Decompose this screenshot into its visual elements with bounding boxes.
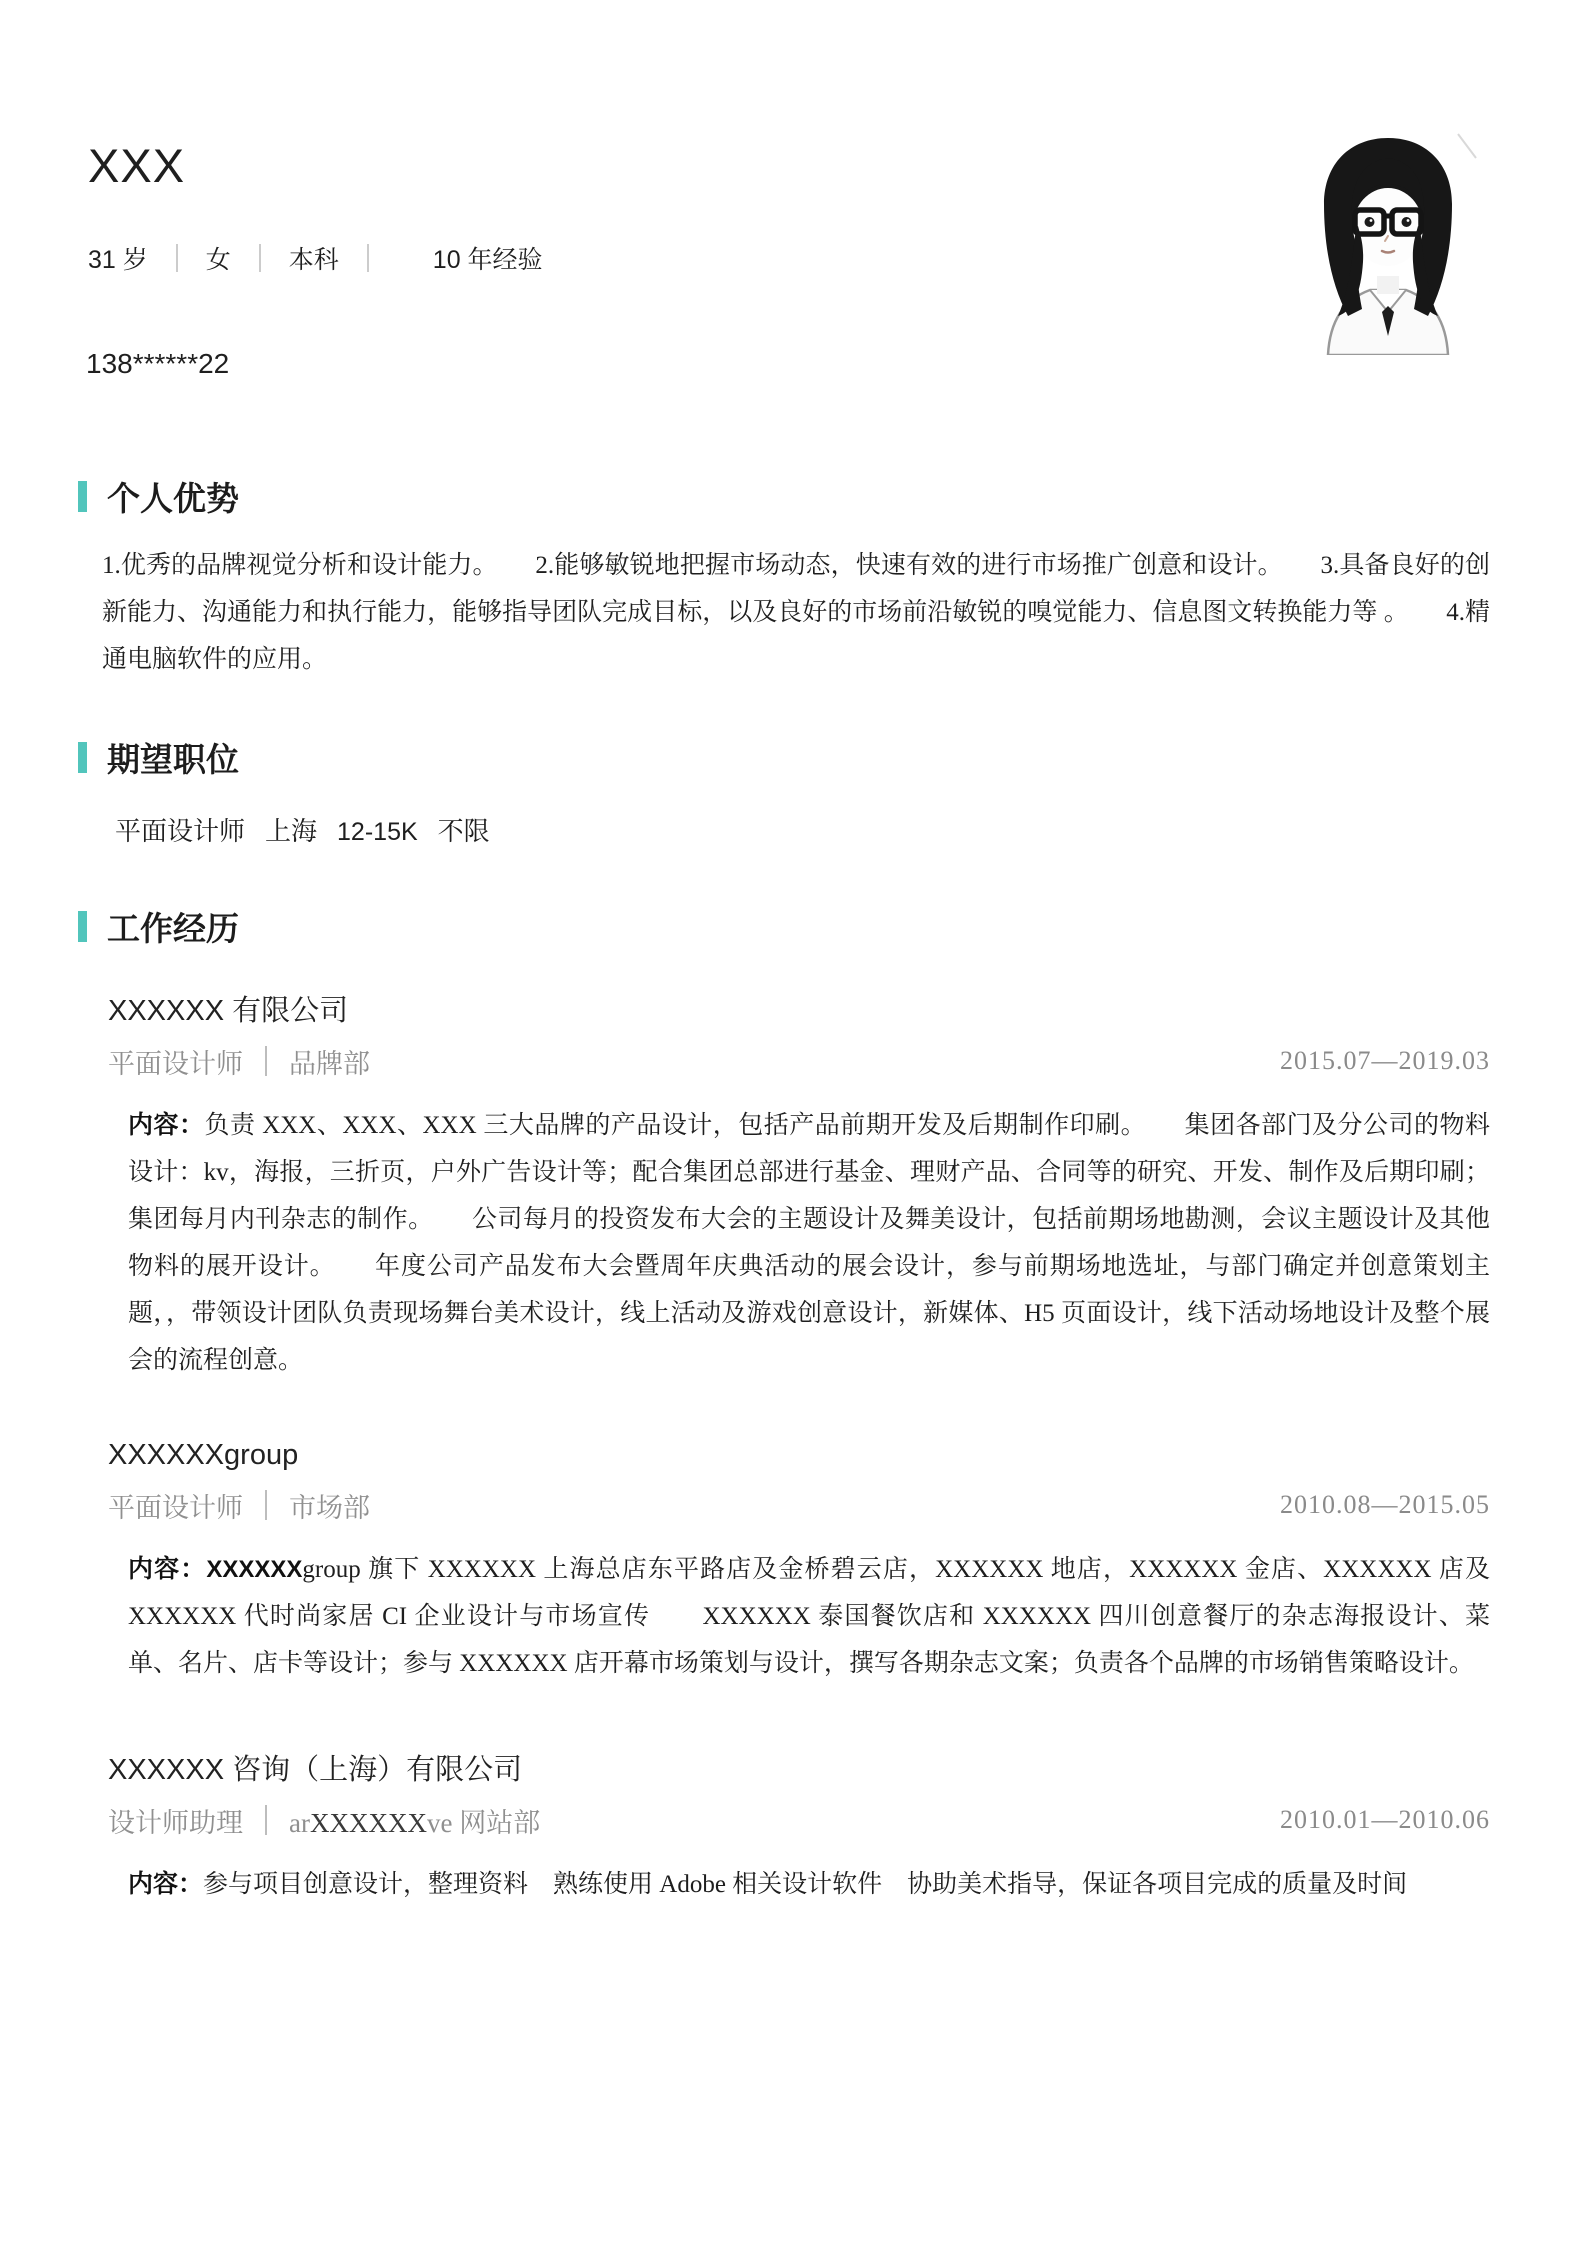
- content-text: group 旗下 XXXXXX 上海总店东平路店及金桥碧云店，XXXXXX 地店…: [128, 1556, 1490, 1677]
- accent-bar: [78, 911, 87, 942]
- job-description: 内容：参与项目创意设计，整理资料 熟练使用 Adobe 相关设计软件 协助美术指…: [128, 1861, 1490, 1908]
- job-department: arXXXXXXve 网站部: [289, 1801, 540, 1840]
- expected-salary: 12-15K: [337, 818, 418, 847]
- content-text: 参与项目创意设计，整理资料 熟练使用 Adobe 相关设计软件 协助美术指导，保…: [203, 1871, 1407, 1898]
- job-description: 内容：负责 XXX、XXX、XXX 三大品牌的产品设计，包括产品前期开发及后期制…: [128, 1102, 1490, 1384]
- job-department: 市场部: [289, 1486, 370, 1525]
- job-role: 平面设计师: [108, 1042, 243, 1081]
- candidate-age: 31 岁: [88, 240, 148, 276]
- company-name: XXXXXXgroup: [108, 1436, 1490, 1474]
- candidate-gender: 女: [206, 240, 231, 276]
- content-label: 内容：: [128, 1556, 206, 1583]
- divider: [176, 244, 178, 272]
- section-personal-strengths: 个人优势 1.优秀的品牌视觉分析和设计能力。 2.能够敏锐地把握市场动态，快速有…: [78, 476, 1490, 683]
- job-role-dept: 平面设计师 市场部: [108, 1486, 370, 1525]
- job-period: 2010.01—2010.06: [1280, 1805, 1490, 1835]
- section-header: 期望职位: [78, 737, 1490, 777]
- accent-bar: [78, 481, 87, 512]
- job-period: 2010.08—2015.05: [1280, 1490, 1490, 1520]
- job-role: 设计师助理: [108, 1801, 243, 1840]
- candidate-experience-years: 10 年经验: [433, 240, 543, 276]
- job-meta-row: 设计师助理 arXXXXXXve 网站部 2010.01—2010.06: [108, 1803, 1490, 1837]
- job-role: 平面设计师: [108, 1486, 243, 1525]
- candidate-name: XXX: [88, 138, 185, 193]
- section-header: 个人优势: [78, 476, 1490, 516]
- job-role-dept: 设计师助理 arXXXXXXve 网站部: [108, 1801, 540, 1840]
- section-title: 工作经历: [107, 903, 239, 950]
- content-label: 内容：: [128, 1871, 203, 1898]
- company-name: XXXXXX 有限公司: [108, 992, 1490, 1030]
- section-header: 工作经历: [78, 906, 1490, 946]
- divider: [265, 1046, 267, 1076]
- job-entry: XXXXXX 有限公司 平面设计师 品牌部 2015.07—2019.03 内容…: [108, 992, 1490, 1384]
- section-work-experience: 工作经历 XXXXXX 有限公司 平面设计师 品牌部 2015.07—2019.…: [78, 906, 1490, 1908]
- accent-bar: [78, 742, 87, 773]
- divider: [265, 1490, 267, 1520]
- candidate-info-row: 31 岁 女 本科 10 年经验: [88, 240, 543, 276]
- job-meta-row: 平面设计师 品牌部 2015.07—2019.03: [108, 1044, 1490, 1078]
- dept-pre: ar: [289, 1808, 310, 1838]
- strengths-text: 1.优秀的品牌视觉分析和设计能力。 2.能够敏锐地把握市场动态，快速有效的进行市…: [102, 542, 1490, 683]
- job-period: 2015.07—2019.03: [1280, 1046, 1490, 1076]
- section-title: 期望职位: [107, 734, 239, 781]
- content-lead: XXXXXX: [206, 1556, 302, 1583]
- divider: [259, 244, 261, 272]
- content-label: 内容：: [128, 1112, 204, 1139]
- section-title: 个人优势: [107, 473, 239, 520]
- dept-mid: XXXXXX: [310, 1808, 427, 1838]
- job-entry: XXXXXX 咨询（上海）有限公司 设计师助理 arXXXXXXve 网站部 2…: [108, 1751, 1490, 1908]
- job-meta-row: 平面设计师 市场部 2010.08—2015.05: [108, 1488, 1490, 1522]
- content-text: 负责 XXX、XXX、XXX 三大品牌的产品设计，包括产品前期开发及后期制作印刷…: [128, 1112, 1490, 1374]
- expected-industry: 不限: [438, 811, 490, 848]
- section-expected-position: 期望职位 平面设计师 上海 12-15K 不限: [78, 737, 1490, 848]
- resume-page: XXX 31 岁 女 本科 10 年经验 138******22: [0, 0, 1586, 2245]
- candidate-education: 本科: [289, 240, 339, 276]
- divider: [367, 244, 369, 272]
- candidate-phone: 138******22: [86, 348, 229, 380]
- company-name: XXXXXX 咨询（上海）有限公司: [108, 1751, 1490, 1789]
- job-role-dept: 平面设计师 品牌部: [108, 1042, 370, 1081]
- job-description: 内容：XXXXXXgroup 旗下 XXXXXX 上海总店东平路店及金桥碧云店，…: [128, 1546, 1490, 1687]
- divider: [265, 1805, 267, 1835]
- job-department: 品牌部: [289, 1042, 370, 1081]
- avatar-girl-sketch-image: [1298, 130, 1478, 355]
- expected-position-row: 平面设计师 上海 12-15K 不限: [115, 811, 1490, 848]
- expected-job-title: 平面设计师: [115, 811, 245, 848]
- avatar: [1298, 130, 1478, 355]
- job-entry: XXXXXXgroup 平面设计师 市场部 2010.08—2015.05 内容…: [108, 1436, 1490, 1687]
- expected-city: 上海: [265, 811, 317, 848]
- dept-post: ve 网站部: [427, 1808, 540, 1838]
